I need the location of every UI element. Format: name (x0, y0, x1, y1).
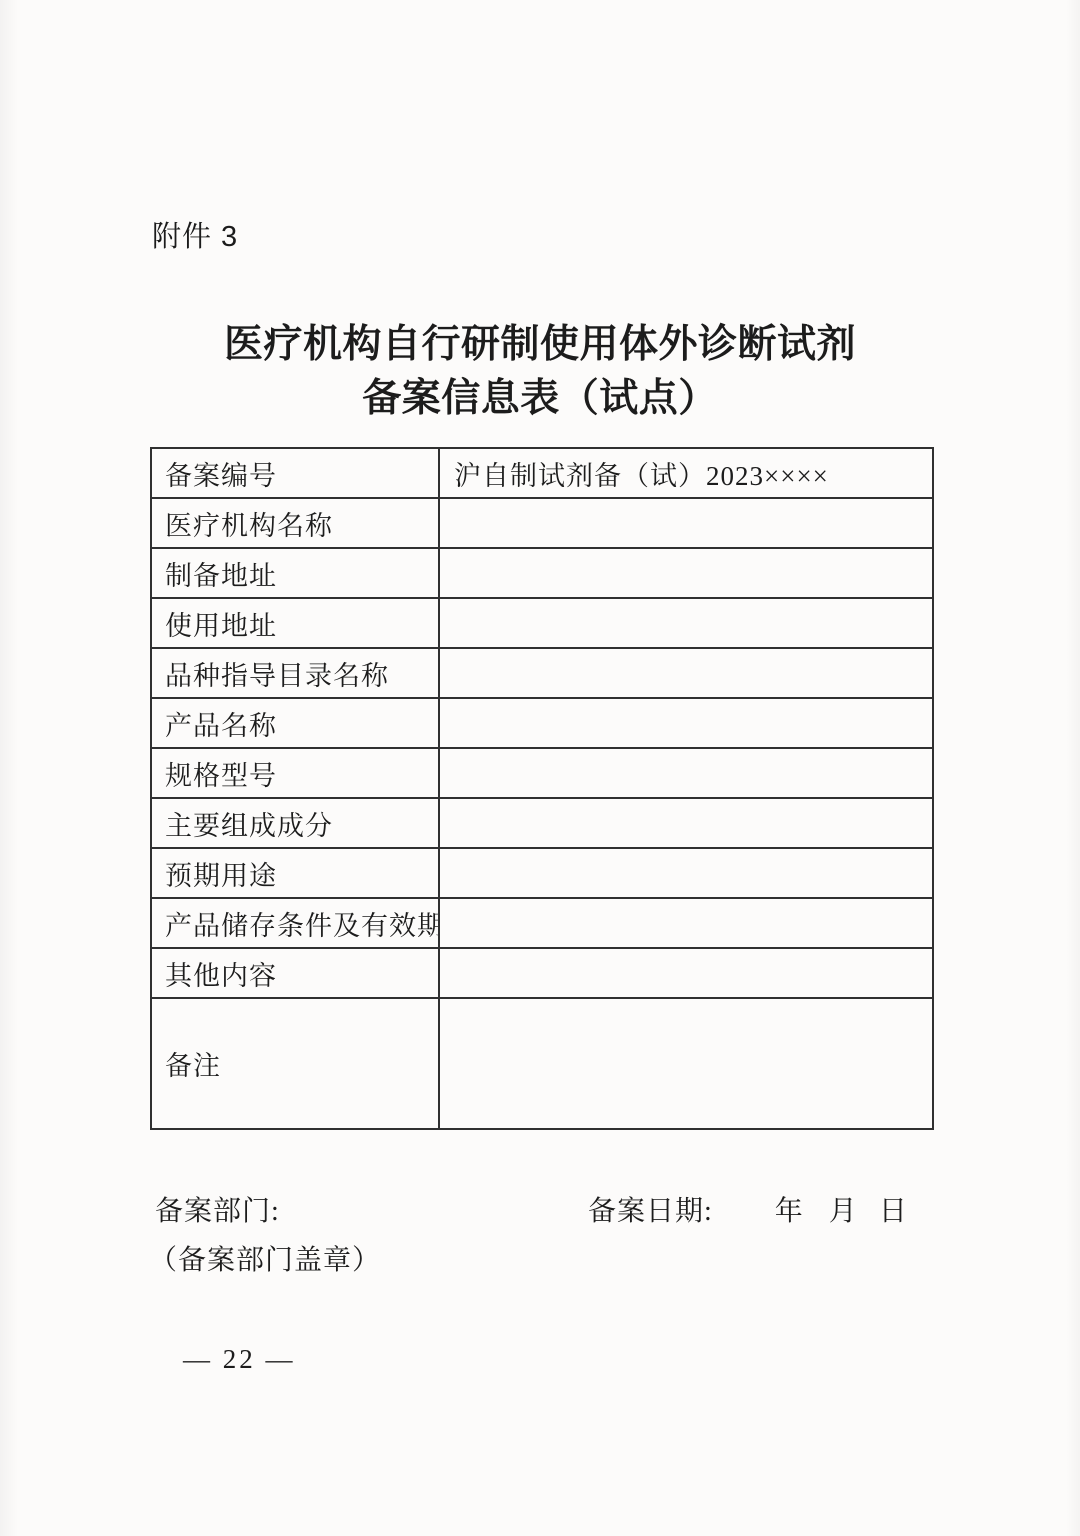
row-label-cell: 品种指导目录名称 (151, 648, 439, 698)
table-row: 制备地址 (151, 548, 933, 598)
table-row: 产品储存条件及有效期 (151, 898, 933, 948)
row-value-cell (439, 598, 933, 648)
row-value-cell: 沪自制试剂备（试）2023×××× (439, 448, 933, 498)
year-label: 年 (775, 1196, 804, 1227)
table-row: 品种指导目录名称 (151, 648, 933, 698)
document-title-line1: 医疗机构自行研制使用体外诊断试剂 (0, 318, 1080, 372)
filing-date-line: 备案日期:年月日 (588, 1189, 908, 1229)
row-value-cell (439, 698, 933, 748)
row-label-cell: 备注 (151, 998, 439, 1129)
filing-info-table: 备案编号 沪自制试剂备（试）2023×××× 医疗机构名称 制备地址 使用地址 … (150, 447, 934, 1130)
row-value-cell (439, 748, 933, 798)
row-value-cell (439, 898, 933, 948)
row-label-cell: 使用地址 (151, 598, 439, 648)
row-label-cell: 备案编号 (151, 448, 439, 498)
table-row: 使用地址 (151, 598, 933, 648)
document-title-line2: 备案信息表（试点） (0, 372, 1080, 426)
row-label-cell: 主要组成成分 (151, 798, 439, 848)
table-row: 规格型号 (151, 748, 933, 798)
document-page: 附件 3 医疗机构自行研制使用体外诊断试剂 备案信息表（试点） 备案编号 沪自制… (0, 0, 1080, 1536)
page-number: — 22 — (183, 1344, 296, 1375)
row-value-cell (439, 498, 933, 548)
row-value-cell (439, 648, 933, 698)
table-row: 备案编号 沪自制试剂备（试）2023×××× (151, 448, 933, 498)
row-label-cell: 其他内容 (151, 948, 439, 998)
row-label-cell: 医疗机构名称 (151, 498, 439, 548)
row-label-cell: 产品名称 (151, 698, 439, 748)
row-label-cell: 制备地址 (151, 548, 439, 598)
filing-department-label: 备案部门: (155, 1189, 280, 1229)
document-title: 医疗机构自行研制使用体外诊断试剂 备案信息表（试点） (0, 318, 1080, 426)
month-label: 月 (829, 1196, 858, 1227)
row-value-cell (439, 848, 933, 898)
row-value-cell (439, 948, 933, 998)
department-stamp-note: （备案部门盖章） (149, 1238, 381, 1278)
table-row-remarks: 备注 (151, 998, 933, 1129)
row-label-cell: 产品储存条件及有效期 (151, 898, 439, 948)
table-row: 预期用途 (151, 848, 933, 898)
attachment-label: 附件 3 (152, 214, 238, 255)
row-label-cell: 规格型号 (151, 748, 439, 798)
filing-date-label: 备案日期: (588, 1196, 713, 1227)
table-row: 主要组成成分 (151, 798, 933, 848)
row-value-cell (439, 548, 933, 598)
day-label: 日 (879, 1196, 908, 1227)
table-row: 其他内容 (151, 948, 933, 998)
table-row: 产品名称 (151, 698, 933, 748)
row-label-cell: 预期用途 (151, 848, 439, 898)
row-value-cell (439, 798, 933, 848)
row-value-cell (439, 998, 933, 1129)
table-row: 医疗机构名称 (151, 498, 933, 548)
